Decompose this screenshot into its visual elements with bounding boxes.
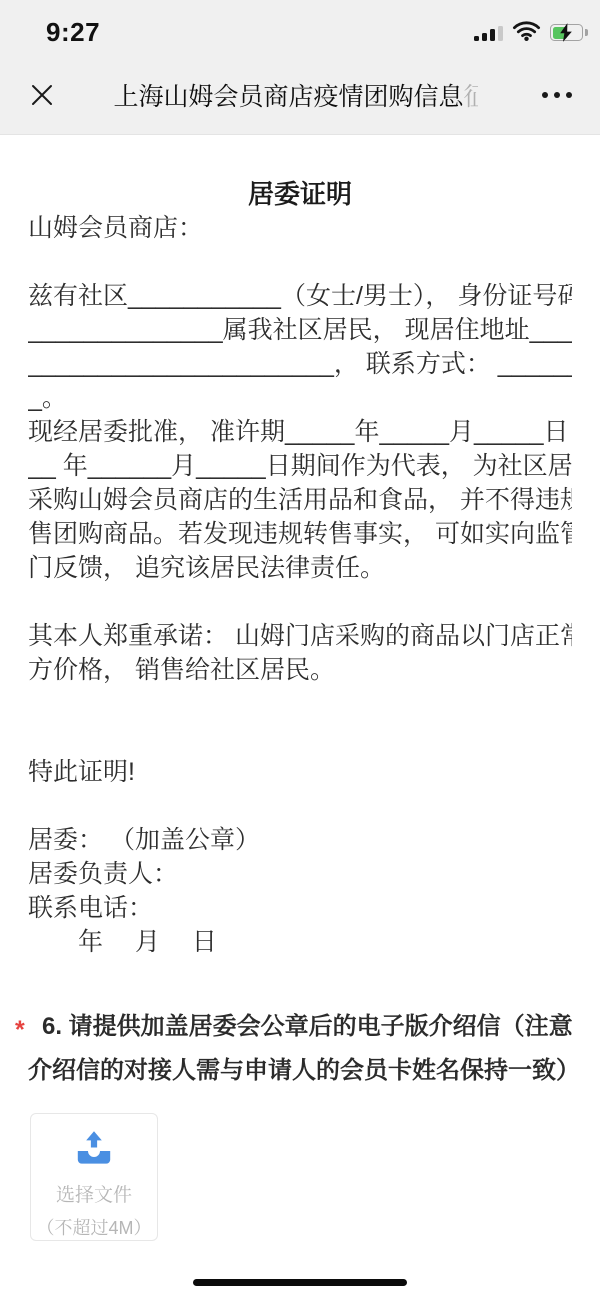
wifi-icon xyxy=(512,20,541,46)
status-bar: 9:27 xyxy=(0,0,600,55)
document-line: 居委： （加盖公章） xyxy=(28,823,572,857)
document-line: 售团购商品。若发现违规转售事实， 可如实向监管部 xyxy=(28,517,572,551)
form-question-6: * 6. 请提供加盖居委会公章后的电子版介绍信（注意此介绍信的对接人需与申请人的… xyxy=(28,1005,572,1093)
required-asterisk: * xyxy=(15,1008,25,1052)
document-line: ______________________， 联系方式： _________ xyxy=(28,347,572,381)
document-line: ______________属我社区居民， 现居住地址_____ xyxy=(28,313,572,347)
title-fade-overlay xyxy=(482,77,530,113)
document-line: 年 月 日 xyxy=(28,925,572,959)
document-salutation: 山姆会员商店： xyxy=(28,211,572,245)
document-line xyxy=(28,721,572,755)
document-line xyxy=(28,585,572,619)
question-line: 介绍信的对接人需与申请人的会员卡姓名保持一致） xyxy=(28,1049,572,1093)
upload-tray-arrow-icon xyxy=(74,1130,114,1171)
page-title-truncated-char: 征 xyxy=(464,77,478,113)
document-title: 居委证明 xyxy=(28,177,572,211)
document-line xyxy=(28,687,572,721)
choose-file-button[interactable]: 选择文件 （不超过4M） xyxy=(30,1113,158,1241)
close-icon[interactable] xyxy=(29,82,55,108)
clock-time: 9:27 xyxy=(46,17,100,48)
more-menu-icon[interactable] xyxy=(542,86,572,104)
document-line xyxy=(28,245,572,279)
browser-nav-bar: 上海山姆会员商店疫情团购信息征 xyxy=(0,55,600,135)
question-line: 6. 请提供加盖居委会公章后的电子版介绍信（注意此 xyxy=(28,1005,572,1049)
battery-charging-icon xyxy=(550,24,590,41)
certificate-document: 居委证明 山姆会员商店： 兹有社区___________（女士/男士）， 身份证… xyxy=(0,135,600,959)
document-line: __ 年______月_____日期间作为代表， 为社区居民 xyxy=(28,449,572,483)
document-line: 特此证明! xyxy=(28,755,572,789)
document-line: 门反馈， 追究该居民法律责任。 xyxy=(28,551,572,585)
cellular-signal-icon xyxy=(474,25,503,41)
document-line: 联系电话： xyxy=(28,891,572,925)
status-icons xyxy=(474,20,590,46)
page-title-text: 上海山姆会员商店疫情团购信息 xyxy=(113,83,463,111)
choose-file-label: 选择文件 xyxy=(56,1180,132,1207)
question-text: 6. 请提供加盖居委会公章后的电子版介绍信（注意此介绍信的对接人需与申请人的会员… xyxy=(28,1005,572,1093)
document-line: _。 xyxy=(28,381,572,415)
document-line: 现经居委批准， 准许期_____年_____月_____日 至_ xyxy=(28,415,572,449)
file-size-hint: （不超过4M） xyxy=(36,1214,151,1240)
document-line xyxy=(28,789,572,823)
page-title: 上海山姆会员商店疫情团购信息征 xyxy=(61,77,530,113)
document-body: 兹有社区___________（女士/男士）， 身份证号码___________… xyxy=(28,245,572,959)
home-indicator-bar[interactable] xyxy=(193,1279,407,1286)
document-line: 方价格， 销售给社区居民。 xyxy=(28,653,572,687)
document-line: 采购山姆会员商店的生活用品和食品， 并不得违规转 xyxy=(28,483,572,517)
document-line: 兹有社区___________（女士/男士）， 身份证号码_ xyxy=(28,279,572,313)
document-line: 其本人郑重承诺： 山姆门店采购的商品以门店正常官 xyxy=(28,619,572,653)
document-line: 居委负责人： xyxy=(28,857,572,891)
